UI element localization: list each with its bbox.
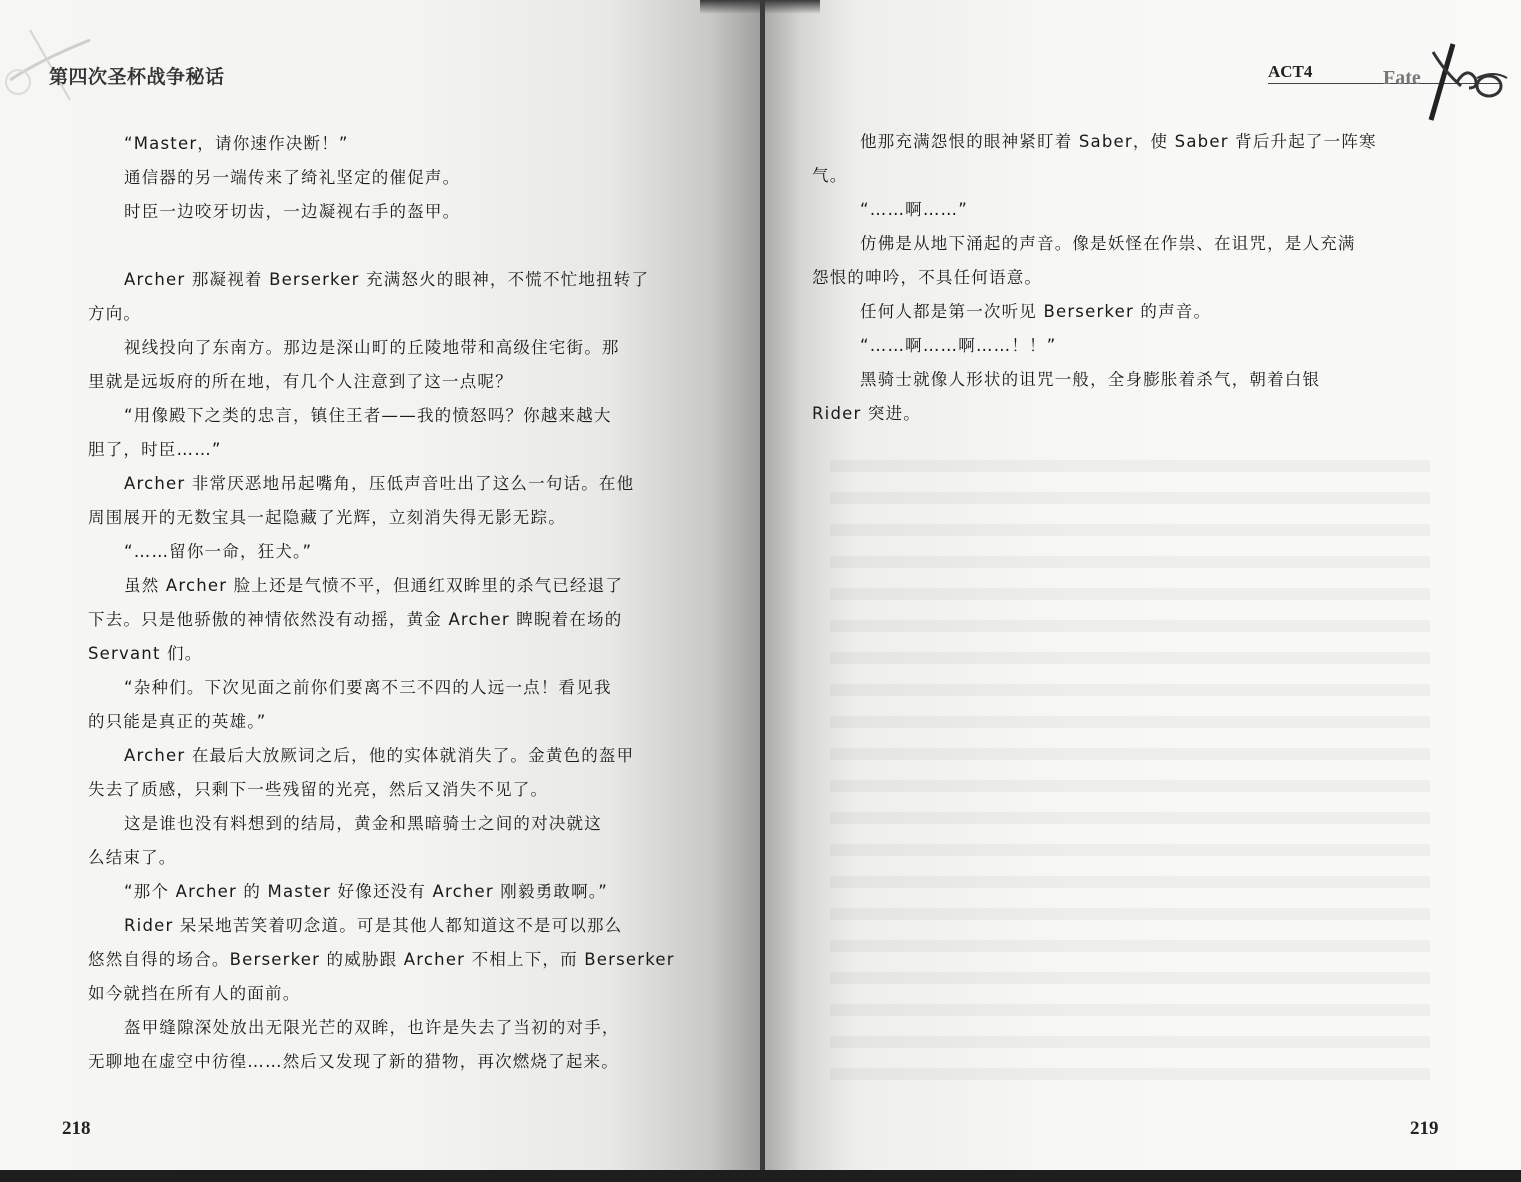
left-page: 第四次圣杯战争秘话 “Master，请你速作决断！”通信器的另一端传来了绮礼坚定… [0,0,762,1170]
text-line: 周围展开的无数宝具一起隐藏了光辉，立刻消失得无影无踪。 [88,504,566,528]
chapter-label: ACT4 [1268,62,1312,82]
text-line: “那个 Archer 的 Master 好像还没有 Archer 刚毅勇敢啊。” [124,878,608,902]
text-line: 气。 [812,162,847,186]
text-line: “杂种们。下次见面之前你们要离不三不四的人远一点！看见我 [124,674,612,698]
text-line: 么结束了。 [88,844,177,868]
text-line: 胆了，时臣……” [88,436,222,460]
open-book-spread: 第四次圣杯战争秘话 “Master，请你速作决断！”通信器的另一端传来了绮礼坚定… [0,0,1521,1182]
text-line: 如今就挡在所有人的面前。 [88,980,300,1004]
text-line: “……啊……啊……！！” [860,332,1057,356]
text-line: Rider 呆呆地苦笑着叨念道。可是其他人都知道这不是可以那么 [124,912,622,936]
text-line: 通信器的另一端传来了绮礼坚定的催促声。 [124,164,460,188]
text-line: 仿佛是从地下涌起的声音。像是妖怪在作祟、在诅咒，是人充满 [860,230,1356,254]
text-line: 视线投向了东南方。那边是深山町的丘陵地带和高级住宅街。那 [124,334,620,358]
text-line: “……留你一命，狂犬。” [124,538,312,562]
spine-shadow [700,0,820,14]
text-line: 失去了质感，只剩下一些残留的光亮，然后又消失不见了。 [88,776,548,800]
running-head-book-title: 第四次圣杯战争秘话 [49,62,225,89]
text-line: Archer 在最后大放厥词之后，他的实体就消失了。金黄色的盔甲 [124,742,634,766]
text-line: “Master，请你速作决断！” [124,130,349,154]
show-through-text-area [830,440,1430,1100]
text-line: 悠然自得的场合。Berserker 的威胁跟 Archer 不相上下，而 Ber… [88,946,675,970]
text-line: 里就是远坂府的所在地，有几个人注意到了这一点呢？ [88,368,513,392]
text-line: 盔甲缝隙深处放出无限光芒的双眸，也许是失去了当初的对手， [124,1014,620,1038]
text-line: 的只能是真正的英雄。” [88,708,267,732]
text-line: 虽然 Archer 脸上还是气愤不平，但通红双眸里的杀气已经退了 [124,572,623,596]
text-line: 方向。 [88,300,141,324]
text-line: 时臣一边咬牙切齿，一边凝视右手的盔甲。 [124,198,460,222]
text-line: “用像殿下之类的忠言，镇住王者——我的愤怒吗？你越来越大 [124,402,612,426]
text-line: Archer 那凝视着 Berserker 充满怒火的眼神，不慌不忙地扭转了 [124,266,649,290]
page-number-left: 218 [62,1118,91,1140]
text-line: 黑骑士就像人形状的诅咒一般，全身膨胀着杀气，朝着白银 [860,366,1320,390]
text-line: 无聊地在虚空中彷徨……然后又发现了新的猎物，再次燃烧了起来。 [88,1048,619,1072]
text-line: 下去。只是他骄傲的神情依然没有动摇，黄金 Archer 睥睨着在场的 [88,606,622,630]
text-line: Servant 们。 [88,640,202,664]
text-line: 任何人都是第一次听见 Berserker 的声音。 [860,298,1211,322]
text-line: 怨恨的呻吟，不具任何语意。 [812,264,1042,288]
fate-zero-logo-icon: Fate/Zero Fate [1383,42,1508,122]
page-number-right: 219 [1410,1118,1439,1140]
text-line: Archer 非常厌恶地吊起嘴角，压低声音吐出了这么一句话。在他 [124,470,634,494]
text-line: “……啊……” [860,196,968,220]
page-bottom-edge [0,1170,1521,1182]
text-line: 他那充满怨恨的眼神紧盯着 Saber，使 Saber 背后升起了一阵寒 [860,128,1377,152]
text-line: Rider 突进。 [812,400,921,424]
book-spine-gutter [760,0,765,1182]
text-line: 这是谁也没有料想到的结局，黄金和黑暗骑士之间的对决就这 [124,810,602,834]
running-head-chapter: ACT4 Fate/Zero Fate [1268,60,1508,110]
